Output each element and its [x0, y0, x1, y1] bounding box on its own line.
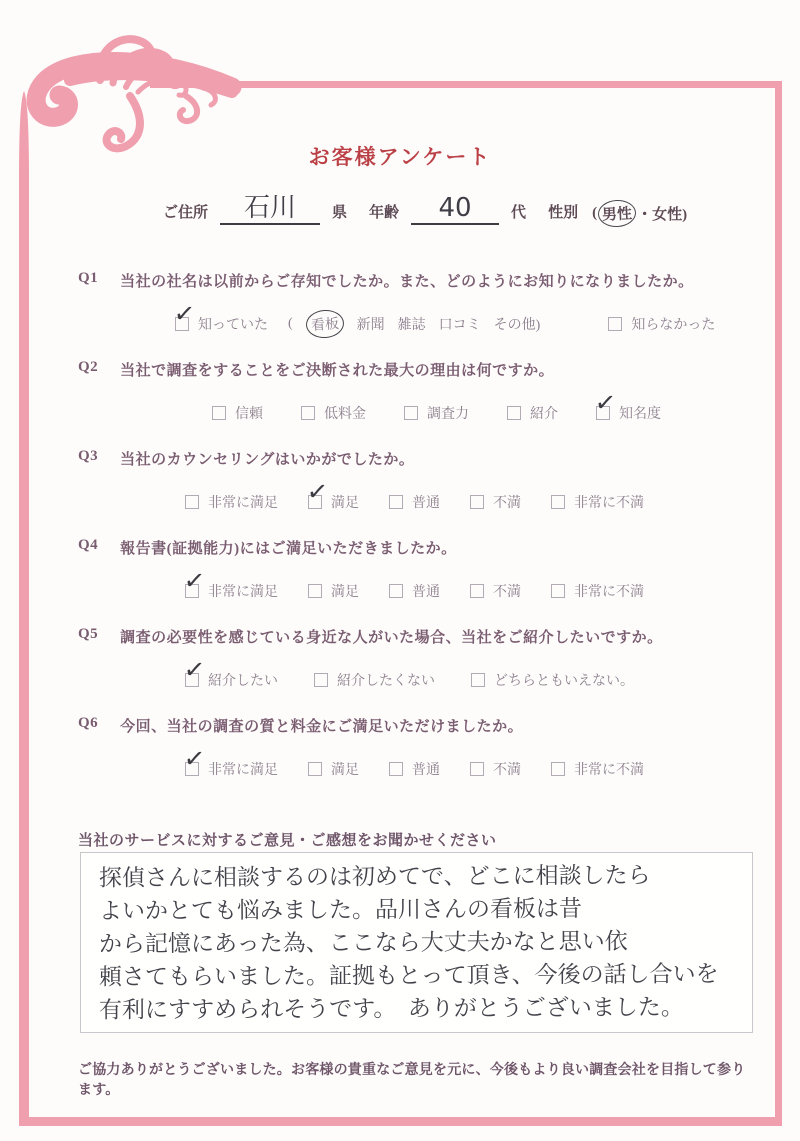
- option-q3-5[interactable]: 非常に不満: [551, 492, 644, 512]
- checkbox[interactable]: [389, 584, 403, 598]
- checkbox[interactable]: [551, 762, 565, 776]
- checkbox[interactable]: [301, 406, 315, 420]
- checkbox[interactable]: [470, 584, 484, 598]
- option-label: 紹介したくない: [337, 670, 435, 690]
- source-option[interactable]: 口コミ: [439, 314, 481, 334]
- option-q6-5[interactable]: 非常に不満: [551, 759, 644, 779]
- question-block: Q6今回、当社の調査の質と料金にご満足いただけましたか。✓非常に満足満足普通不満…: [78, 715, 770, 779]
- question-head: Q4報告書(証拠能力)にはご満足いただきましたか。: [78, 537, 770, 558]
- question-block: Q1当社の社名は以前からご存知でしたか。また、どのようにお知りになりましたか。✓…: [78, 270, 770, 334]
- address-label: ご住所: [163, 201, 208, 225]
- question-number: Q4: [78, 537, 98, 558]
- gender-male-circled[interactable]: 男性: [597, 199, 636, 228]
- option-label: 信頼: [235, 403, 263, 423]
- question-number: Q2: [78, 359, 98, 380]
- checkbox[interactable]: ✓: [185, 673, 199, 687]
- gender-open-paren: (: [592, 205, 597, 222]
- question-text: 調査の必要性を感じている身近な人がいた場合、当社をご紹介したいですか。: [120, 626, 663, 647]
- option-label: 非常に不満: [574, 581, 644, 601]
- option-label: どちらともいえない。: [494, 670, 634, 690]
- source-option[interactable]: 雑誌: [398, 314, 426, 334]
- checkbox[interactable]: ✓: [596, 406, 610, 420]
- question-options: ✓紹介したい紹介したくないどちらともいえない。: [78, 670, 770, 690]
- sources-open-paren: (: [288, 316, 293, 332]
- checkbox[interactable]: [551, 495, 565, 509]
- option-q4-2[interactable]: 満足: [308, 581, 359, 601]
- option-q4-4[interactable]: 不満: [470, 581, 521, 601]
- option-q1-2[interactable]: 知らなかった: [608, 314, 715, 334]
- option-label: 不満: [493, 581, 521, 601]
- survey-page: お客様アンケート ご住所 石川 県 年齢 40 代 性別 ( 男性 ・ 女性) …: [0, 0, 800, 1141]
- option-q6-4[interactable]: 不満: [470, 759, 521, 779]
- question-number: Q5: [78, 626, 98, 647]
- check-mark: ✓: [306, 478, 329, 505]
- option-label: 調査力: [427, 403, 469, 423]
- page-title: お客様アンケート: [0, 141, 800, 171]
- option-q6-2[interactable]: 満足: [308, 759, 359, 779]
- checkbox[interactable]: [507, 406, 521, 420]
- age-field[interactable]: 40: [411, 193, 499, 225]
- question-block: Q4報告書(証拠能力)にはご満足いただきましたか。✓非常に満足満足普通不満非常に…: [78, 537, 770, 601]
- option-q4-5[interactable]: 非常に不満: [551, 581, 644, 601]
- questions-list: Q1当社の社名は以前からご存知でしたか。また、どのようにお知りになりましたか。✓…: [78, 270, 770, 804]
- checkbox[interactable]: [212, 406, 226, 420]
- question-head: Q3当社のカウンセリングはいかがでしたか。: [78, 448, 770, 469]
- option-label: 非常に不満: [574, 492, 644, 512]
- footer-note: ご協力ありがとうございました。お客様の貴重なご意見を元に、今後もより良い調査会社…: [78, 1059, 750, 1099]
- option-q3-1[interactable]: 非常に満足: [185, 492, 278, 512]
- option-label: 知っていた: [198, 314, 268, 334]
- address-field[interactable]: 石川: [220, 193, 320, 225]
- gender-female[interactable]: 女性): [652, 203, 687, 224]
- check-mark: ✓: [183, 745, 206, 772]
- option-label: 知名度: [619, 403, 661, 423]
- checkbox[interactable]: [470, 762, 484, 776]
- question-options: ✓知っていた(看板新聞雑誌口コミその他)知らなかった: [78, 314, 770, 334]
- option-q2-5[interactable]: ✓知名度: [596, 403, 661, 423]
- question-number: Q3: [78, 448, 98, 469]
- question-options: 信頼低料金調査力紹介✓知名度: [78, 403, 770, 423]
- comment-line: から記憶にあった為、ここなら大丈夫かなと思い依: [99, 925, 738, 961]
- respondent-info-row: ご住所 石川 県 年齢 40 代 性別 ( 男性 ・ 女性): [163, 193, 687, 225]
- corner-flourish-icon: [36, 39, 232, 148]
- question-head: Q5調査の必要性を感じている身近な人がいた場合、当社をご紹介したいですか。: [78, 626, 770, 647]
- option-q3-4[interactable]: 不満: [470, 492, 521, 512]
- question-number: Q1: [78, 270, 98, 291]
- option-label: 満足: [331, 492, 359, 512]
- option-q4-3[interactable]: 普通: [389, 581, 440, 601]
- option-q6-3[interactable]: 普通: [389, 759, 440, 779]
- checkbox[interactable]: [308, 762, 322, 776]
- checkbox[interactable]: [308, 584, 322, 598]
- gender-options[interactable]: ( 男性 ・ 女性): [592, 203, 687, 225]
- checkbox[interactable]: ✓: [308, 495, 322, 509]
- option-q2-2[interactable]: 低料金: [301, 403, 366, 423]
- checkbox[interactable]: [404, 406, 418, 420]
- question-block: Q2当社で調査をすることをご決断された最大の理由は何ですか。信頼低料金調査力紹介…: [78, 359, 770, 423]
- checkbox[interactable]: ✓: [185, 762, 199, 776]
- checkbox[interactable]: [389, 762, 403, 776]
- option-q5-3[interactable]: どちらともいえない。: [471, 670, 634, 690]
- checkbox[interactable]: [185, 495, 199, 509]
- option-label: 非常に満足: [208, 581, 278, 601]
- source-option-circled[interactable]: 看板: [305, 309, 345, 340]
- comments-label: 当社のサービスに対するご意見・ご感想をお聞かせください: [78, 829, 497, 850]
- gender-label: 性別: [548, 201, 578, 225]
- option-label: 不満: [493, 759, 521, 779]
- option-q5-2[interactable]: 紹介したくない: [314, 670, 435, 690]
- age-suffix: 代: [511, 201, 526, 225]
- comment-line: 頼さてもらいました。証拠もとって頂き、今後の話し合いを: [99, 958, 738, 994]
- question-text: 当社の社名は以前からご存知でしたか。また、どのようにお知りになりましたか。: [120, 270, 694, 291]
- question-text: 当社のカウンセリングはいかがでしたか。: [120, 448, 414, 469]
- check-mark: ✓: [173, 300, 196, 327]
- option-label: 知らなかった: [631, 314, 715, 334]
- checkbox[interactable]: [389, 495, 403, 509]
- question-options: ✓非常に満足満足普通不満非常に不満: [78, 759, 770, 779]
- checkbox[interactable]: [314, 673, 328, 687]
- checkbox[interactable]: [470, 495, 484, 509]
- option-q3-3[interactable]: 普通: [389, 492, 440, 512]
- option-q4-1[interactable]: ✓非常に満足: [185, 581, 278, 601]
- check-mark: ✓: [594, 389, 617, 416]
- comment-line: 探偵さんに相談するのは初めてで、どこに相談したら: [99, 859, 738, 895]
- option-label: 非常に満足: [208, 492, 278, 512]
- option-q2-1[interactable]: 信頼: [212, 403, 263, 423]
- question-block: Q5調査の必要性を感じている身近な人がいた場合、当社をご紹介したいですか。✓紹介…: [78, 626, 770, 690]
- checkbox[interactable]: [471, 673, 485, 687]
- option-q1-1[interactable]: ✓知っていた: [175, 314, 268, 334]
- option-label: 満足: [331, 581, 359, 601]
- question-text: 今回、当社の調査の質と料金にご満足いただけましたか。: [120, 715, 523, 736]
- option-q3-2[interactable]: ✓満足: [308, 492, 359, 512]
- source-options: (看板新聞雑誌口コミその他): [288, 314, 540, 334]
- comment-line: 有利にすすめられそうです。 ありがとうございました。: [99, 991, 738, 1027]
- checkbox[interactable]: [608, 317, 622, 331]
- comments-box[interactable]: 探偵さんに相談するのは初めてで、どこに相談したらよいかとても悩みました。品川さん…: [80, 852, 753, 1033]
- question-head: Q2当社で調査をすることをご決断された最大の理由は何ですか。: [78, 359, 770, 380]
- question-head: Q6今回、当社の調査の質と料金にご満足いただけましたか。: [78, 715, 770, 736]
- check-mark: ✓: [183, 656, 206, 683]
- age-label: 年齢: [369, 201, 399, 225]
- option-label: 低料金: [324, 403, 366, 423]
- prefecture-suffix: 県: [332, 201, 347, 225]
- option-label: 紹介: [530, 403, 558, 423]
- checkbox[interactable]: ✓: [175, 317, 189, 331]
- comment-line: よいかとても悩みました。品川さんの看板は昔: [99, 892, 738, 928]
- option-label: 満足: [331, 759, 359, 779]
- checkbox[interactable]: ✓: [185, 584, 199, 598]
- option-label: 紹介したい: [208, 670, 278, 690]
- option-q2-4[interactable]: 紹介: [507, 403, 558, 423]
- option-q2-3[interactable]: 調査力: [404, 403, 469, 423]
- question-number: Q6: [78, 715, 98, 736]
- checkbox[interactable]: [551, 584, 565, 598]
- source-option[interactable]: 新聞: [357, 314, 385, 334]
- question-text: 当社で調査をすることをご決断された最大の理由は何ですか。: [120, 359, 554, 380]
- question-head: Q1当社の社名は以前からご存知でしたか。また、どのようにお知りになりましたか。: [78, 270, 770, 291]
- source-option[interactable]: その他): [494, 314, 541, 334]
- option-label: 普通: [412, 759, 440, 779]
- option-label: 非常に満足: [208, 759, 278, 779]
- option-label: 普通: [412, 581, 440, 601]
- option-label: 非常に不満: [574, 759, 644, 779]
- option-label: 不満: [493, 492, 521, 512]
- option-q6-1[interactable]: ✓非常に満足: [185, 759, 278, 779]
- question-text: 報告書(証拠能力)にはご満足いただきましたか。: [120, 537, 457, 558]
- question-options: ✓非常に満足満足普通不満非常に不満: [78, 581, 770, 601]
- option-q5-1[interactable]: ✓紹介したい: [185, 670, 278, 690]
- gender-separator: ・: [637, 203, 652, 224]
- option-label: 普通: [412, 492, 440, 512]
- question-options: 非常に満足✓満足普通不満非常に不満: [78, 492, 770, 512]
- check-mark: ✓: [183, 567, 206, 594]
- question-block: Q3当社のカウンセリングはいかがでしたか。非常に満足✓満足普通不満非常に不満: [78, 448, 770, 512]
